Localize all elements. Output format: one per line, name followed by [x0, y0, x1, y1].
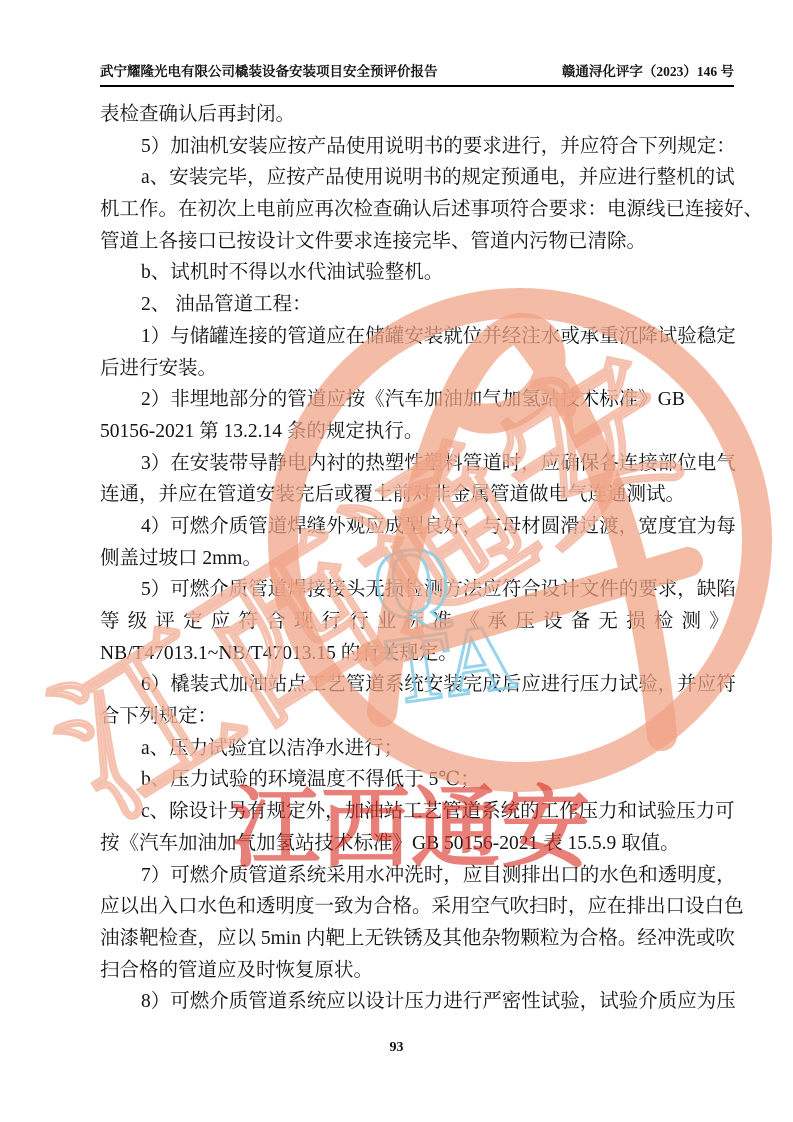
- header-report-title: 武宁耀隆光电有限公司橇装设备安装项目安全预评价报告: [100, 60, 438, 80]
- page-header: 武宁耀隆光电有限公司橇装设备安装项目安全预评价报告 赣通浔化评字（2023）14…: [100, 60, 734, 87]
- body-line: 扫合格的管道应及时恢复原状。: [100, 955, 736, 987]
- body-line: 后进行安装。: [100, 353, 736, 385]
- body-line: 5）加油机安装应按产品使用说明书的要求进行，并应符合下列规定：: [100, 131, 736, 163]
- body-line: a、安装完毕，应按产品使用说明书的规定预通电，并应进行整机的试: [100, 162, 736, 194]
- body-line: 连通，并应在管道安装完后或覆土前对非金属管道做电气连通测试。: [100, 479, 736, 511]
- body-line: a、压力试验宜以洁净水进行；: [100, 733, 736, 765]
- body-line: 1）与储罐连接的管道应在储罐安装就位并经注水或承重沉降试验稳定: [100, 321, 736, 353]
- body-line: 2、 油品管道工程：: [100, 289, 736, 321]
- body-line: 8）可燃介质管道系统应以设计压力进行严密性试验，试验介质应为压: [100, 986, 736, 1018]
- body-line: 7）可燃介质管道系统采用水冲洗时，应目测排出口的水色和透明度，: [100, 860, 736, 892]
- body-line: b、试机时不得以水代油试验整机。: [100, 257, 736, 289]
- body-line: 油漆靶检查，应以 5min 内靶上无铁锈及其他杂物颗粒为合格。经冲洗或吹: [100, 923, 736, 955]
- body-line: 应以出入口水色和透明度一致为合格。采用空气吹扫时，应在排出口设白色: [100, 891, 736, 923]
- body-line: 合下列规定：: [100, 701, 736, 733]
- body-line: c、除设计另有规定外，加油站工艺管道系统的工作压力和试验压力可: [100, 796, 736, 828]
- page-number: 93: [0, 1040, 793, 1056]
- body-line: 50156-2021 第 13.2.14 条的规定执行。: [100, 416, 736, 448]
- body-line: 按《汽车加油加气加氢站技术标准》GB 50156-2021 表 15.5.9 取…: [100, 828, 736, 860]
- body-line: 机工作。在初次上电前应再次检查确认后述事项符合要求：电源线已连接好、: [100, 194, 736, 226]
- body-line: 3）在安装带导静电内衬的热塑性塑料管道时，应确保各连接部位电气: [100, 448, 736, 480]
- body-line: NB/T47013.1~NB/T47013.15 的有关规定。: [100, 638, 736, 670]
- header-doc-number: 赣通浔化评字（2023）146 号: [562, 60, 734, 80]
- body-line: 侧盖过坡口 2mm。: [100, 543, 736, 575]
- body-line: 表检查确认后再封闭。: [100, 99, 736, 131]
- body-line: 2）非埋地部分的管道应按《汽车加油加气加氢站技术标准》GB: [100, 384, 736, 416]
- body-line: 管道上各接口已按设计文件要求连接完毕、管道内污物已清除。: [100, 226, 736, 258]
- body-line: 4）可燃介质管道焊缝外观应成型良好，与母材圆滑过渡，宽度宜为每: [100, 511, 736, 543]
- body-line: 等级评定应符合现行行业标准《承压设备无损检测》: [100, 606, 736, 638]
- body-line: 6）橇装式加油站点工艺管道系统安装完成后应进行压力试验，并应符: [100, 669, 736, 701]
- document-page: 武宁耀隆光电有限公司橇装设备安装项目安全预评价报告 赣通浔化评字（2023）14…: [0, 0, 793, 1122]
- body-line: 5）可燃介质管道焊接接头无损检测方法应符合设计文件的要求，缺陷: [100, 574, 736, 606]
- body-line: b、压力试验的环境温度不得低于 5℃；: [100, 764, 736, 796]
- body-text: 表检查确认后再封闭。5）加油机安装应按产品使用说明书的要求进行，并应符合下列规定…: [100, 99, 736, 1018]
